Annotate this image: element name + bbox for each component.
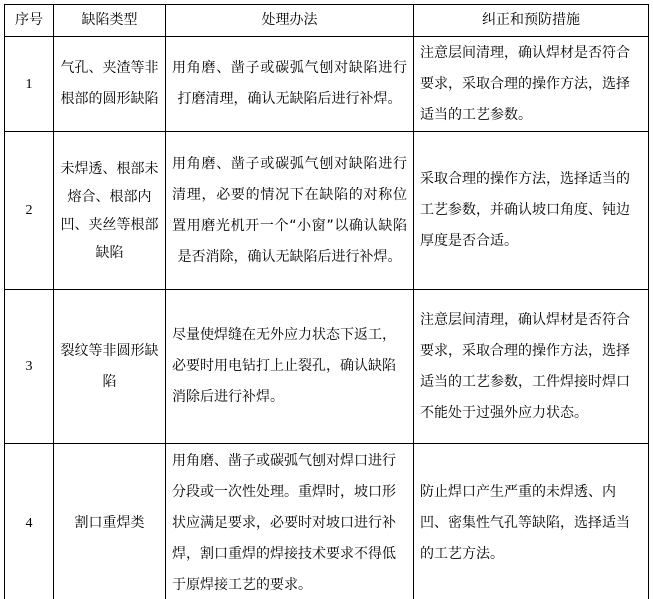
defect-type: 裂纹等非圆形缺陷 [54, 290, 166, 444]
treatment-method: 用角磨、凿子或碳弧气刨对焊口进行分段或一次性处理。重焊时，坡口形状应满足要求，必… [166, 444, 414, 599]
table-row: 2 未焊透、根部未熔合、根部内凹、夹丝等根部缺陷 用角磨、凿子或碳弧气刨对缺陷进… [5, 132, 649, 290]
table-row: 3 裂纹等非圆形缺陷 尽量使焊缝在无外应力状态下返工，必要时用电钻打上止裂孔，确… [5, 290, 649, 444]
table-row: 4 割口重焊类 用角磨、凿子或碳弧气刨对焊口进行分段或一次性处理。重焊时，坡口形… [5, 444, 649, 599]
table-row: 1 气孔、夹渣等非根部的圆形缺陷 用角磨、凿子或碳弧气刨对缺陷进行打磨清理，确认… [5, 37, 649, 132]
header-treatment-method: 处理办法 [166, 5, 414, 37]
header-corrective-measures: 纠正和预防措施 [414, 5, 649, 37]
row-number: 1 [5, 37, 54, 132]
corrective-measure: 注意层间清理，确认焊材是否符合要求，采取合理的操作方法，选择适当的工艺参数。 [414, 37, 649, 132]
treatment-method-text: 用角磨、凿子或碳弧气刨对缺陷进行打磨清理，确认无缺陷后进行补焊。 [172, 53, 407, 115]
weld-defect-table: 序号 缺陷类型 处理办法 纠正和预防措施 1 气孔、夹渣等非根部的圆形缺陷 用角… [4, 4, 649, 599]
treatment-method: 用角磨、凿子或碳弧气刨对缺陷进行清理，必要的情况下在缺陷的对称位置用磨光机开一个… [166, 132, 414, 290]
row-number: 2 [5, 132, 54, 290]
corrective-measure: 注意层间清理，确认焊材是否符合要求，采取合理的操作方法，选择适当的工艺参数，工件… [414, 290, 649, 444]
treatment-method: 用角磨、凿子或碳弧气刨对缺陷进行打磨清理，确认无缺陷后进行补焊。 [166, 37, 414, 132]
defect-type: 割口重焊类 [54, 444, 166, 599]
defect-type: 未焊透、根部未熔合、根部内凹、夹丝等根部缺陷 [54, 132, 166, 290]
corrective-measure: 防止焊口产生严重的未焊透、内凹、密集性气孔等缺陷，选择适当的工艺方法。 [414, 444, 649, 599]
row-number: 4 [5, 444, 54, 599]
treatment-method-text: 用角磨、凿子或碳弧气刨对缺陷进行清理，必要的情况下在缺陷的对称位置用磨光机开一个… [172, 149, 407, 273]
header-number: 序号 [5, 5, 54, 37]
header-defect-type: 缺陷类型 [54, 5, 166, 37]
defect-type: 气孔、夹渣等非根部的圆形缺陷 [54, 37, 166, 132]
treatment-method: 尽量使焊缝在无外应力状态下返工，必要时用电钻打上止裂孔，确认缺陷消除后进行补焊。 [166, 290, 414, 444]
header-row: 序号 缺陷类型 处理办法 纠正和预防措施 [5, 5, 649, 37]
corrective-measure: 采取合理的操作方法，选择适当的工艺参数，并确认坡口角度、钝边厚度是否合适。 [414, 132, 649, 290]
row-number: 3 [5, 290, 54, 444]
